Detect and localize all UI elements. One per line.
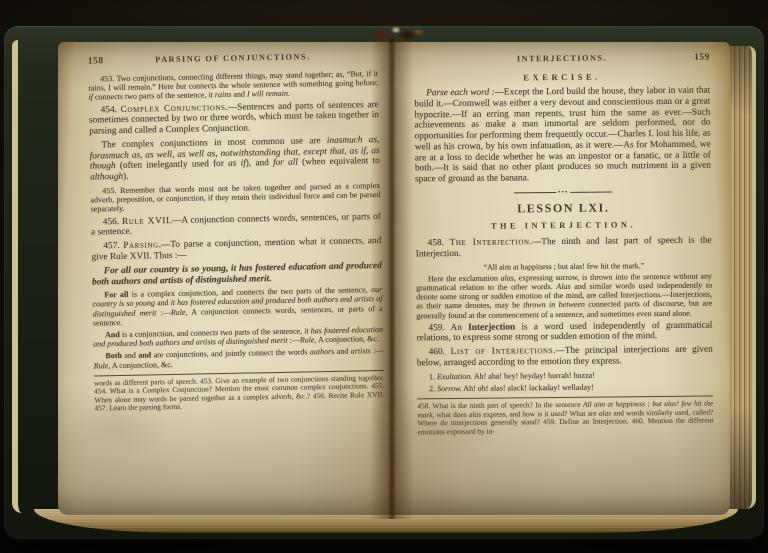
right-page-number: 159 [684,53,710,63]
section-459-definition: 459. An Interjection is a word used inde… [416,320,712,344]
parsing-form-both-and: Both and and are conjunctions, and joint… [93,346,383,370]
lesson-heading: LESSON LXI. [415,200,711,218]
section-454: 454. Complex Conjunctions.—Sentences and… [89,100,380,138]
parsing-form-and: And is a conjunction, and connects two p… [93,325,383,349]
section-453: 453. Two conjunctions, connecting differ… [88,69,378,102]
left-running-head: PARSING OF CONJUNCTIONS. [114,52,352,66]
left-review-questions: words as different parts of speech. 453.… [94,374,385,413]
right-review-questions: 458. What is the ninth part of speech? I… [417,400,713,437]
exercise-heading: EXERCISE. [414,71,710,84]
parsing-example-sentence: For all our country is so young, it has … [92,261,382,288]
parsing-form-for-all: For all is a complex conjunction, and co… [92,285,383,327]
section-455: 455. Remember that words must not be tak… [90,181,380,214]
right-page-content: INTERJECTIONS. 159 EXERCISE. Parse each … [390,42,730,515]
section-divider: ••• [415,188,711,198]
photo-backdrop: 158 PARSING OF CONJUNCTIONS. 453. Two co… [0,0,768,553]
left-page-number: 158 [88,56,114,66]
spine-headband-damage [364,23,428,43]
right-page-header: INTERJECTIONS. 159 [414,53,710,66]
left-page-content: 158 PARSING OF CONJUNCTIONS. 453. Two co… [58,42,390,515]
right-running-head: INTERJECTIONS. [440,53,684,64]
left-page: 158 PARSING OF CONJUNCTIONS. 453. Two co… [58,42,390,515]
left-page-header: 158 PARSING OF CONJUNCTIONS. [88,51,378,67]
interjection-item-sorrow: 2. Sorrow. Ah! oh! alas! alack! lackaday… [417,382,713,394]
interjection-item-exultation: 1. Exultation. Ah! aha! hey! heyday! hur… [417,369,713,381]
lesson-subheading: THE INTERJECTION. [415,220,711,232]
exercise-paragraph: Parse each word :—Except the Lord build … [414,86,711,186]
right-page: INTERJECTIONS. 159 EXERCISE. Parse each … [390,42,730,515]
section-457-parsing: 457. Parsing.—To parse a conjunction, me… [91,236,381,263]
happiness-quote: “All aim at happiness ; but alas! few hi… [416,260,712,272]
section-454-list: The complex conjunctions in most common … [89,135,380,184]
section-458: 458. The Interjection.—The ninth and las… [416,236,712,260]
section-456-rule-17: 456. Rule XVII.—A conjunction connects w… [91,212,381,239]
section-458-note: Here the exclamation alas, expressing so… [416,271,712,320]
book-cover: 158 PARSING OF CONJUNCTIONS. 453. Two co… [4,26,764,539]
divider-dots-ornament: ••• [556,189,570,196]
section-460-list-intro: 460. List of Interjections.—The principa… [417,345,713,369]
